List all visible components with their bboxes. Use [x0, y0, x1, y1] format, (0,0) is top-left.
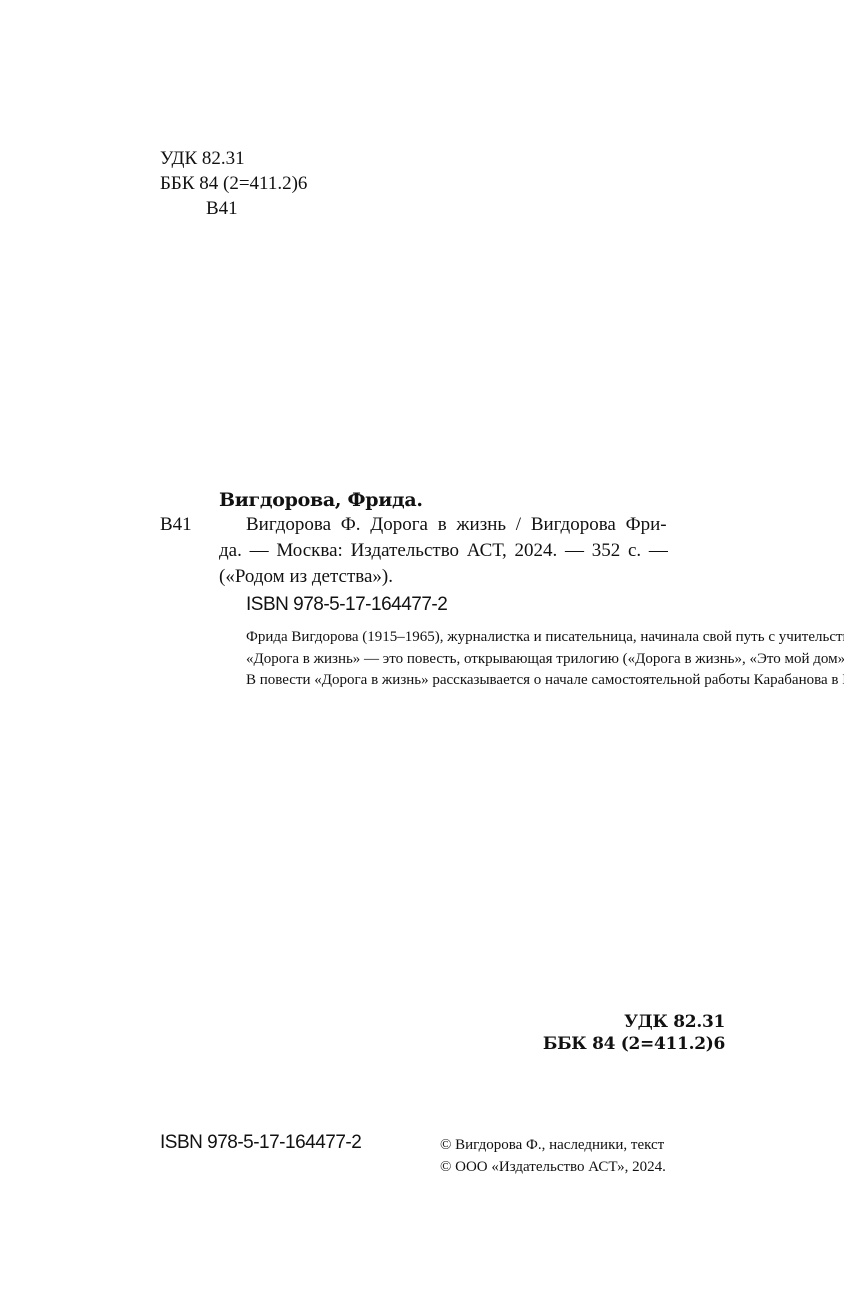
author-heading: Вигдорова, Фрида. [219, 489, 423, 511]
udk-code: УДК 82.31 [160, 146, 307, 171]
bibliographic-description: Вигдорова Ф. Дорога в жизнь / Вигдорова … [219, 512, 725, 590]
copyright-line: © ООО «Издательство АСТ», 2024. [440, 1156, 666, 1178]
description-line: Вигдорова Ф. Дорога в жизнь / Вигдорова … [219, 512, 725, 538]
author-mark: В41 [160, 196, 307, 221]
annotation-paragraph: Фрида Вигдорова (1915–1965), журналистка… [219, 627, 725, 649]
bottom-classification-codes: УДК 82.31 ББК 84 (2=411.2)6 [543, 1011, 725, 1055]
annotation: Фрида Вигдорова (1915–1965), журналистка… [219, 627, 725, 692]
description-line: да. — Москва: Издательство АСТ, 2024. — … [219, 538, 725, 564]
catalog-isbn: ISBN 978-5-17-164477-2 [246, 594, 447, 616]
top-classification-codes: УДК 82.31 ББК 84 (2=411.2)6 В41 [160, 146, 307, 221]
bbk-code: ББК 84 (2=411.2)6 [543, 1033, 725, 1055]
bbk-code: ББК 84 (2=411.2)6 [160, 171, 307, 196]
description-line: («Родом из детства»). [219, 564, 725, 590]
catalog-author-mark: В41 [160, 514, 192, 536]
copyright-line: © Вигдорова Ф., наследники, текст [440, 1134, 666, 1156]
annotation-paragraph: В повести «Дорога в жизнь» рассказываетс… [219, 670, 725, 692]
footer-isbn: ISBN 978-5-17-164477-2 [160, 1132, 361, 1154]
annotation-paragraph: «Дорога в жизнь» — это повесть, открываю… [219, 649, 725, 671]
copyright-block: © Вигдорова Ф., наследники, текст © ООО … [440, 1134, 666, 1178]
udk-code: УДК 82.31 [543, 1011, 725, 1033]
